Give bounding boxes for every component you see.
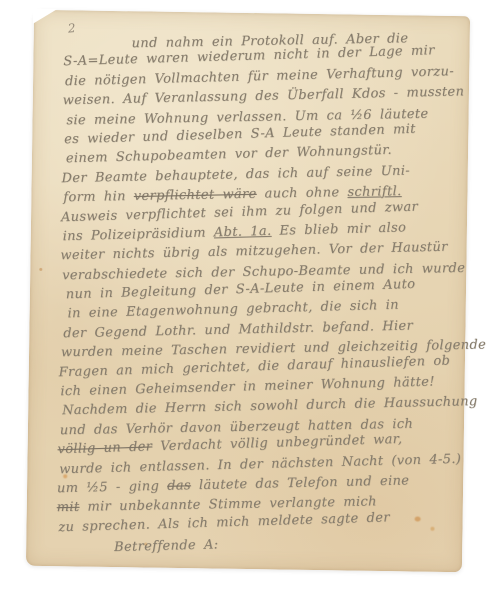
handwriting-text: Betreffende A:: [114, 537, 219, 555]
struck-text: verpflichtet wäre: [134, 187, 257, 204]
handwriting-text: läutete das Telefon und eine: [191, 473, 410, 493]
manuscript-page: 2 und nahm ein Protokoll auf. Aber dieS-…: [26, 10, 470, 572]
photo-background: 2 und nahm ein Protokoll auf. Aber dieS-…: [0, 0, 493, 592]
handwriting-text: Verdacht völlig unbegründet war,: [152, 432, 403, 454]
handwriting-text: um ½5 - ging: [57, 479, 168, 496]
struck-text: mit: [57, 500, 80, 515]
handwriting-text: form hin: [63, 189, 134, 205]
foxing-spot: [39, 268, 42, 271]
handwriting-lines: und nahm ein Protokoll auf. Aber dieS-A=…: [56, 33, 460, 562]
cut-corner: [33, 9, 57, 24]
struck-text: völlig un der: [57, 440, 152, 458]
struck-text: das: [167, 478, 191, 494]
handwriting-text: ins Polizeipräsidium: [63, 225, 215, 244]
underlined-text: Abt. 1a.: [214, 224, 272, 240]
handwriting-text: Es blieb mir also: [271, 220, 406, 238]
